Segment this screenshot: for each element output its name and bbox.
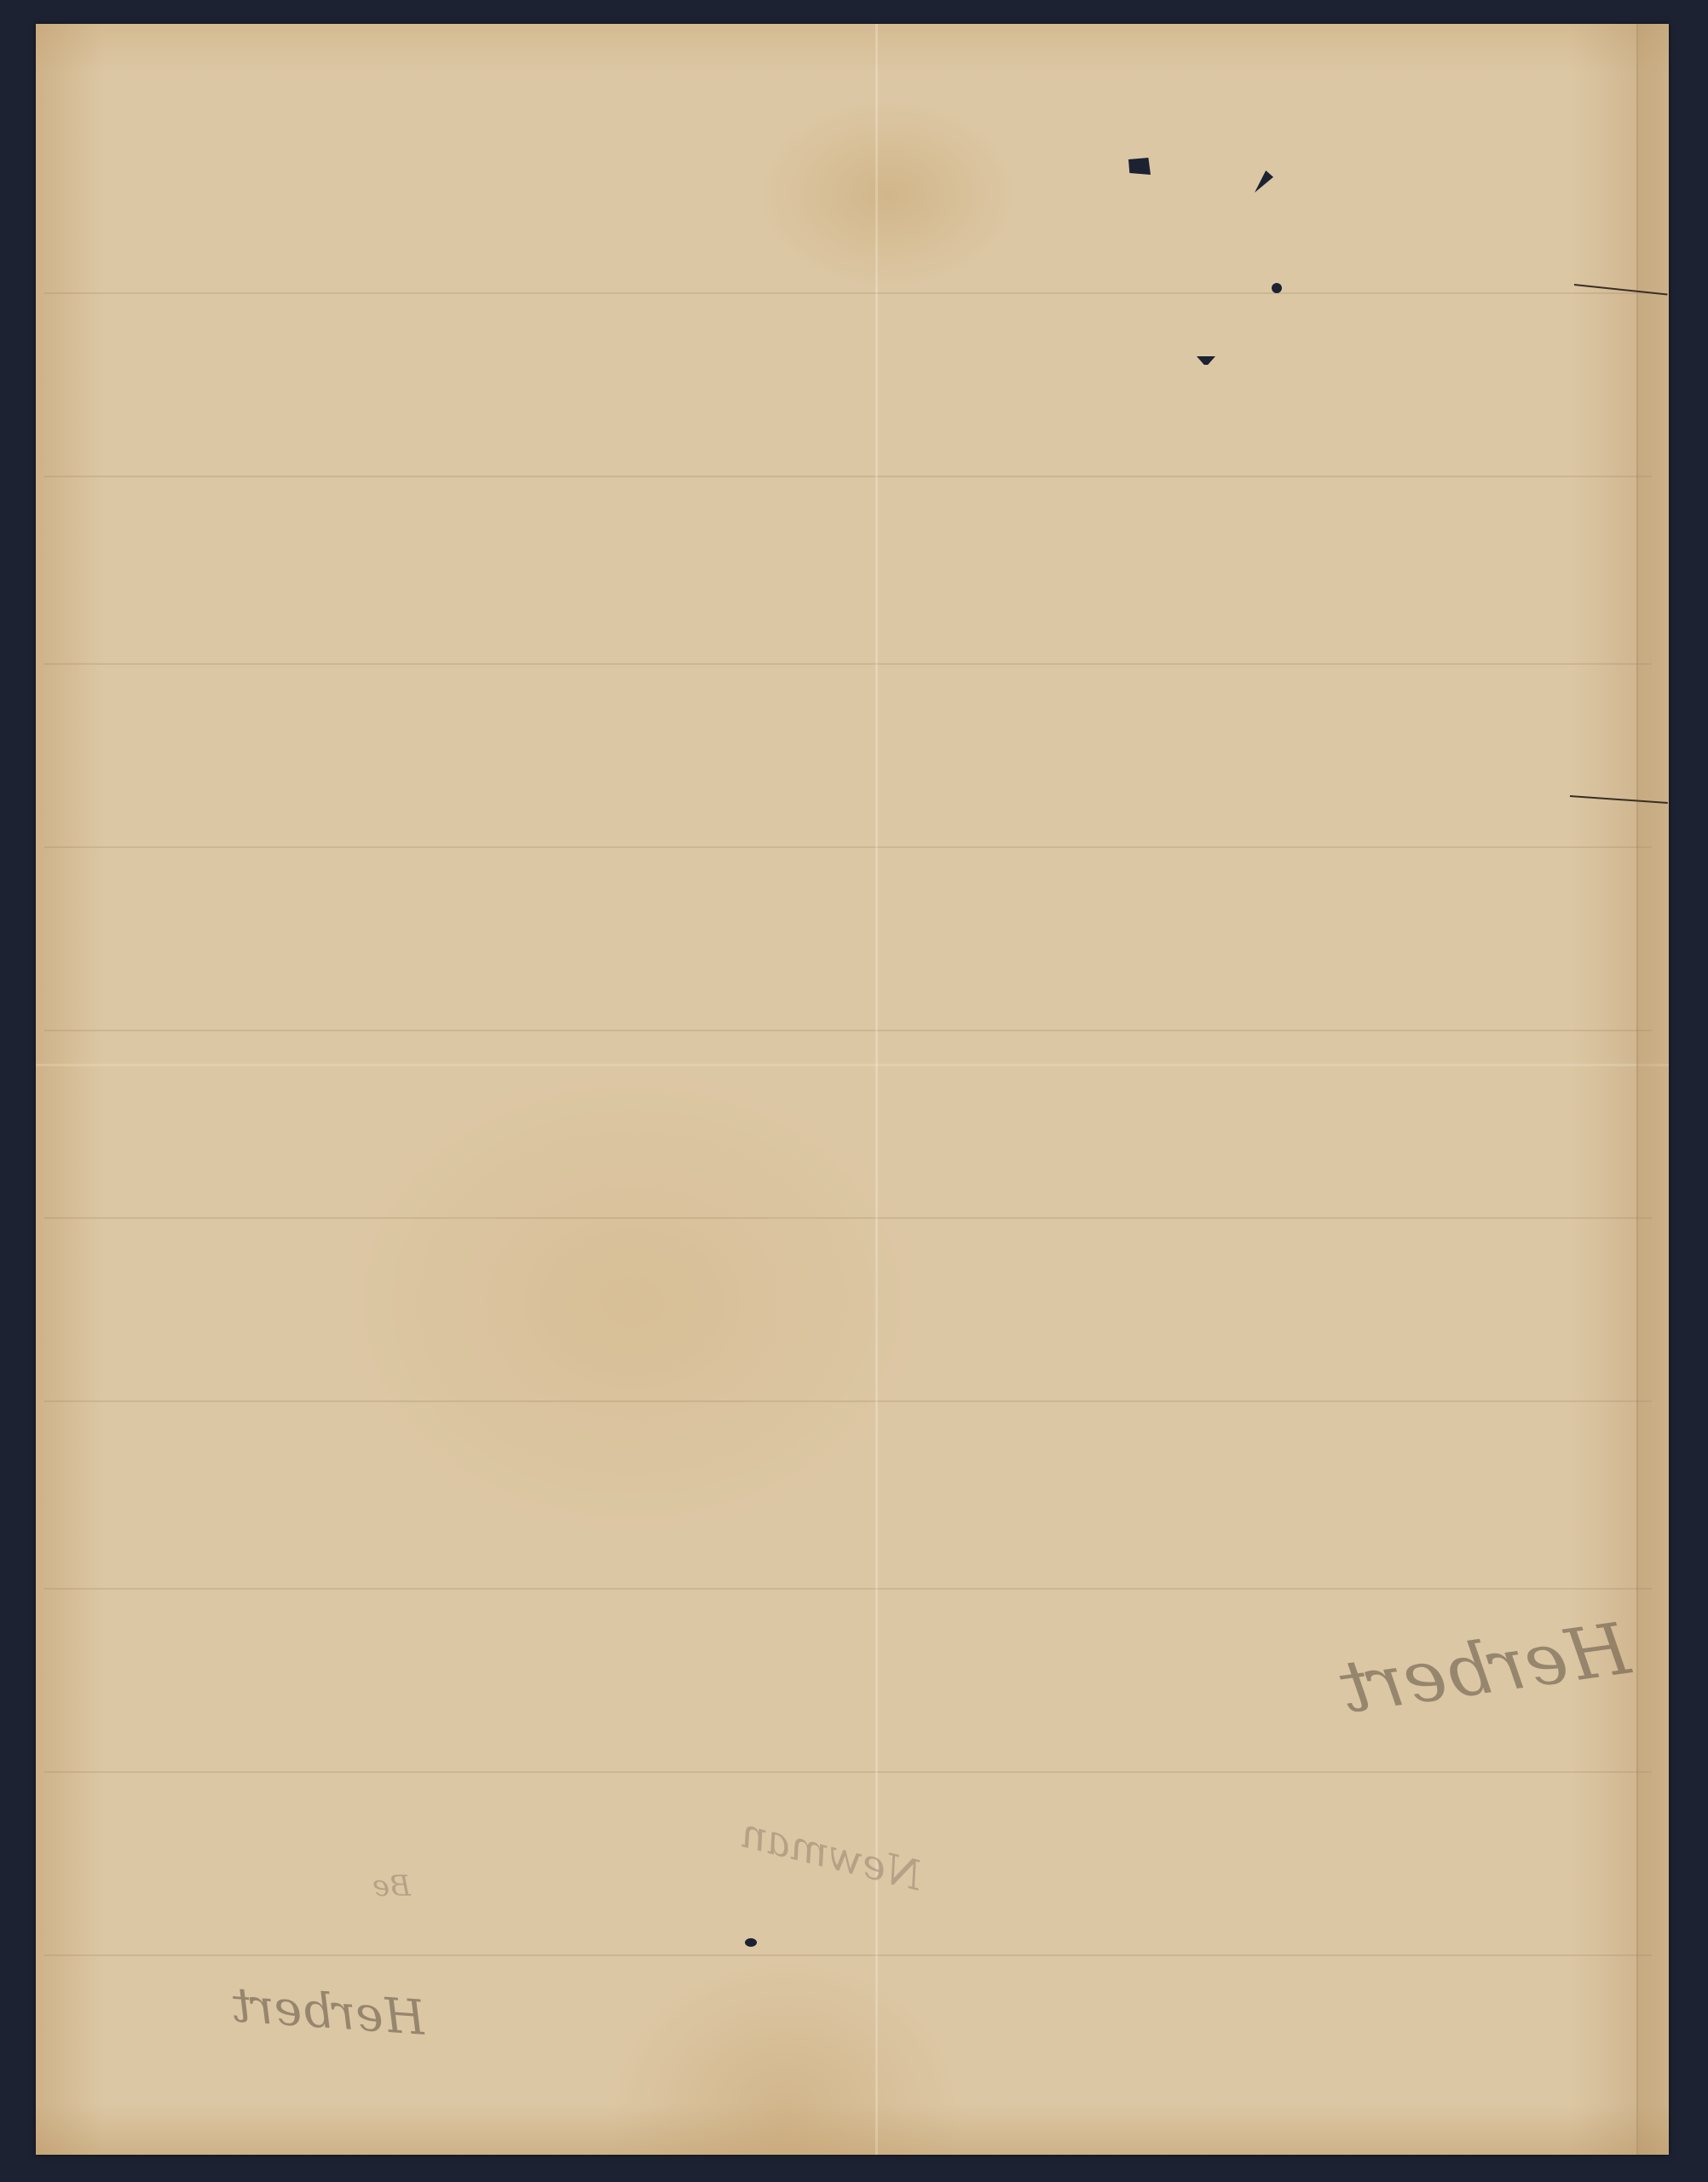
ruled-line [44, 1217, 1652, 1219]
bleed-through-signature-right: Herbert [1336, 1607, 1635, 1729]
paper-hole [1197, 356, 1215, 365]
bleed-through-signature-left: Herbert [230, 1977, 427, 2046]
ink-blot [745, 1938, 757, 1947]
ruled-line [44, 1030, 1652, 1031]
bleed-through-scrawl-center: Newman [736, 1810, 926, 1901]
ruled-line [44, 1954, 1652, 1956]
ruled-line [44, 292, 1652, 294]
ruled-line [44, 663, 1652, 665]
horizontal-fold [36, 1064, 1669, 1066]
paper-hole [1128, 158, 1151, 175]
ruled-line [44, 846, 1652, 848]
bleed-through-mark: Be [372, 1869, 411, 1903]
ruled-line [44, 1400, 1652, 1402]
right-edge-strip [1636, 24, 1669, 2155]
vertical-fold [875, 24, 878, 2155]
ruled-line [44, 476, 1652, 477]
paper-hole [1272, 283, 1282, 293]
ruled-line [44, 1771, 1652, 1773]
ruled-line [44, 1588, 1652, 1590]
paper-sheet: Herbert Newman Herbert Be [36, 24, 1669, 2155]
paper-hole [1255, 170, 1273, 193]
